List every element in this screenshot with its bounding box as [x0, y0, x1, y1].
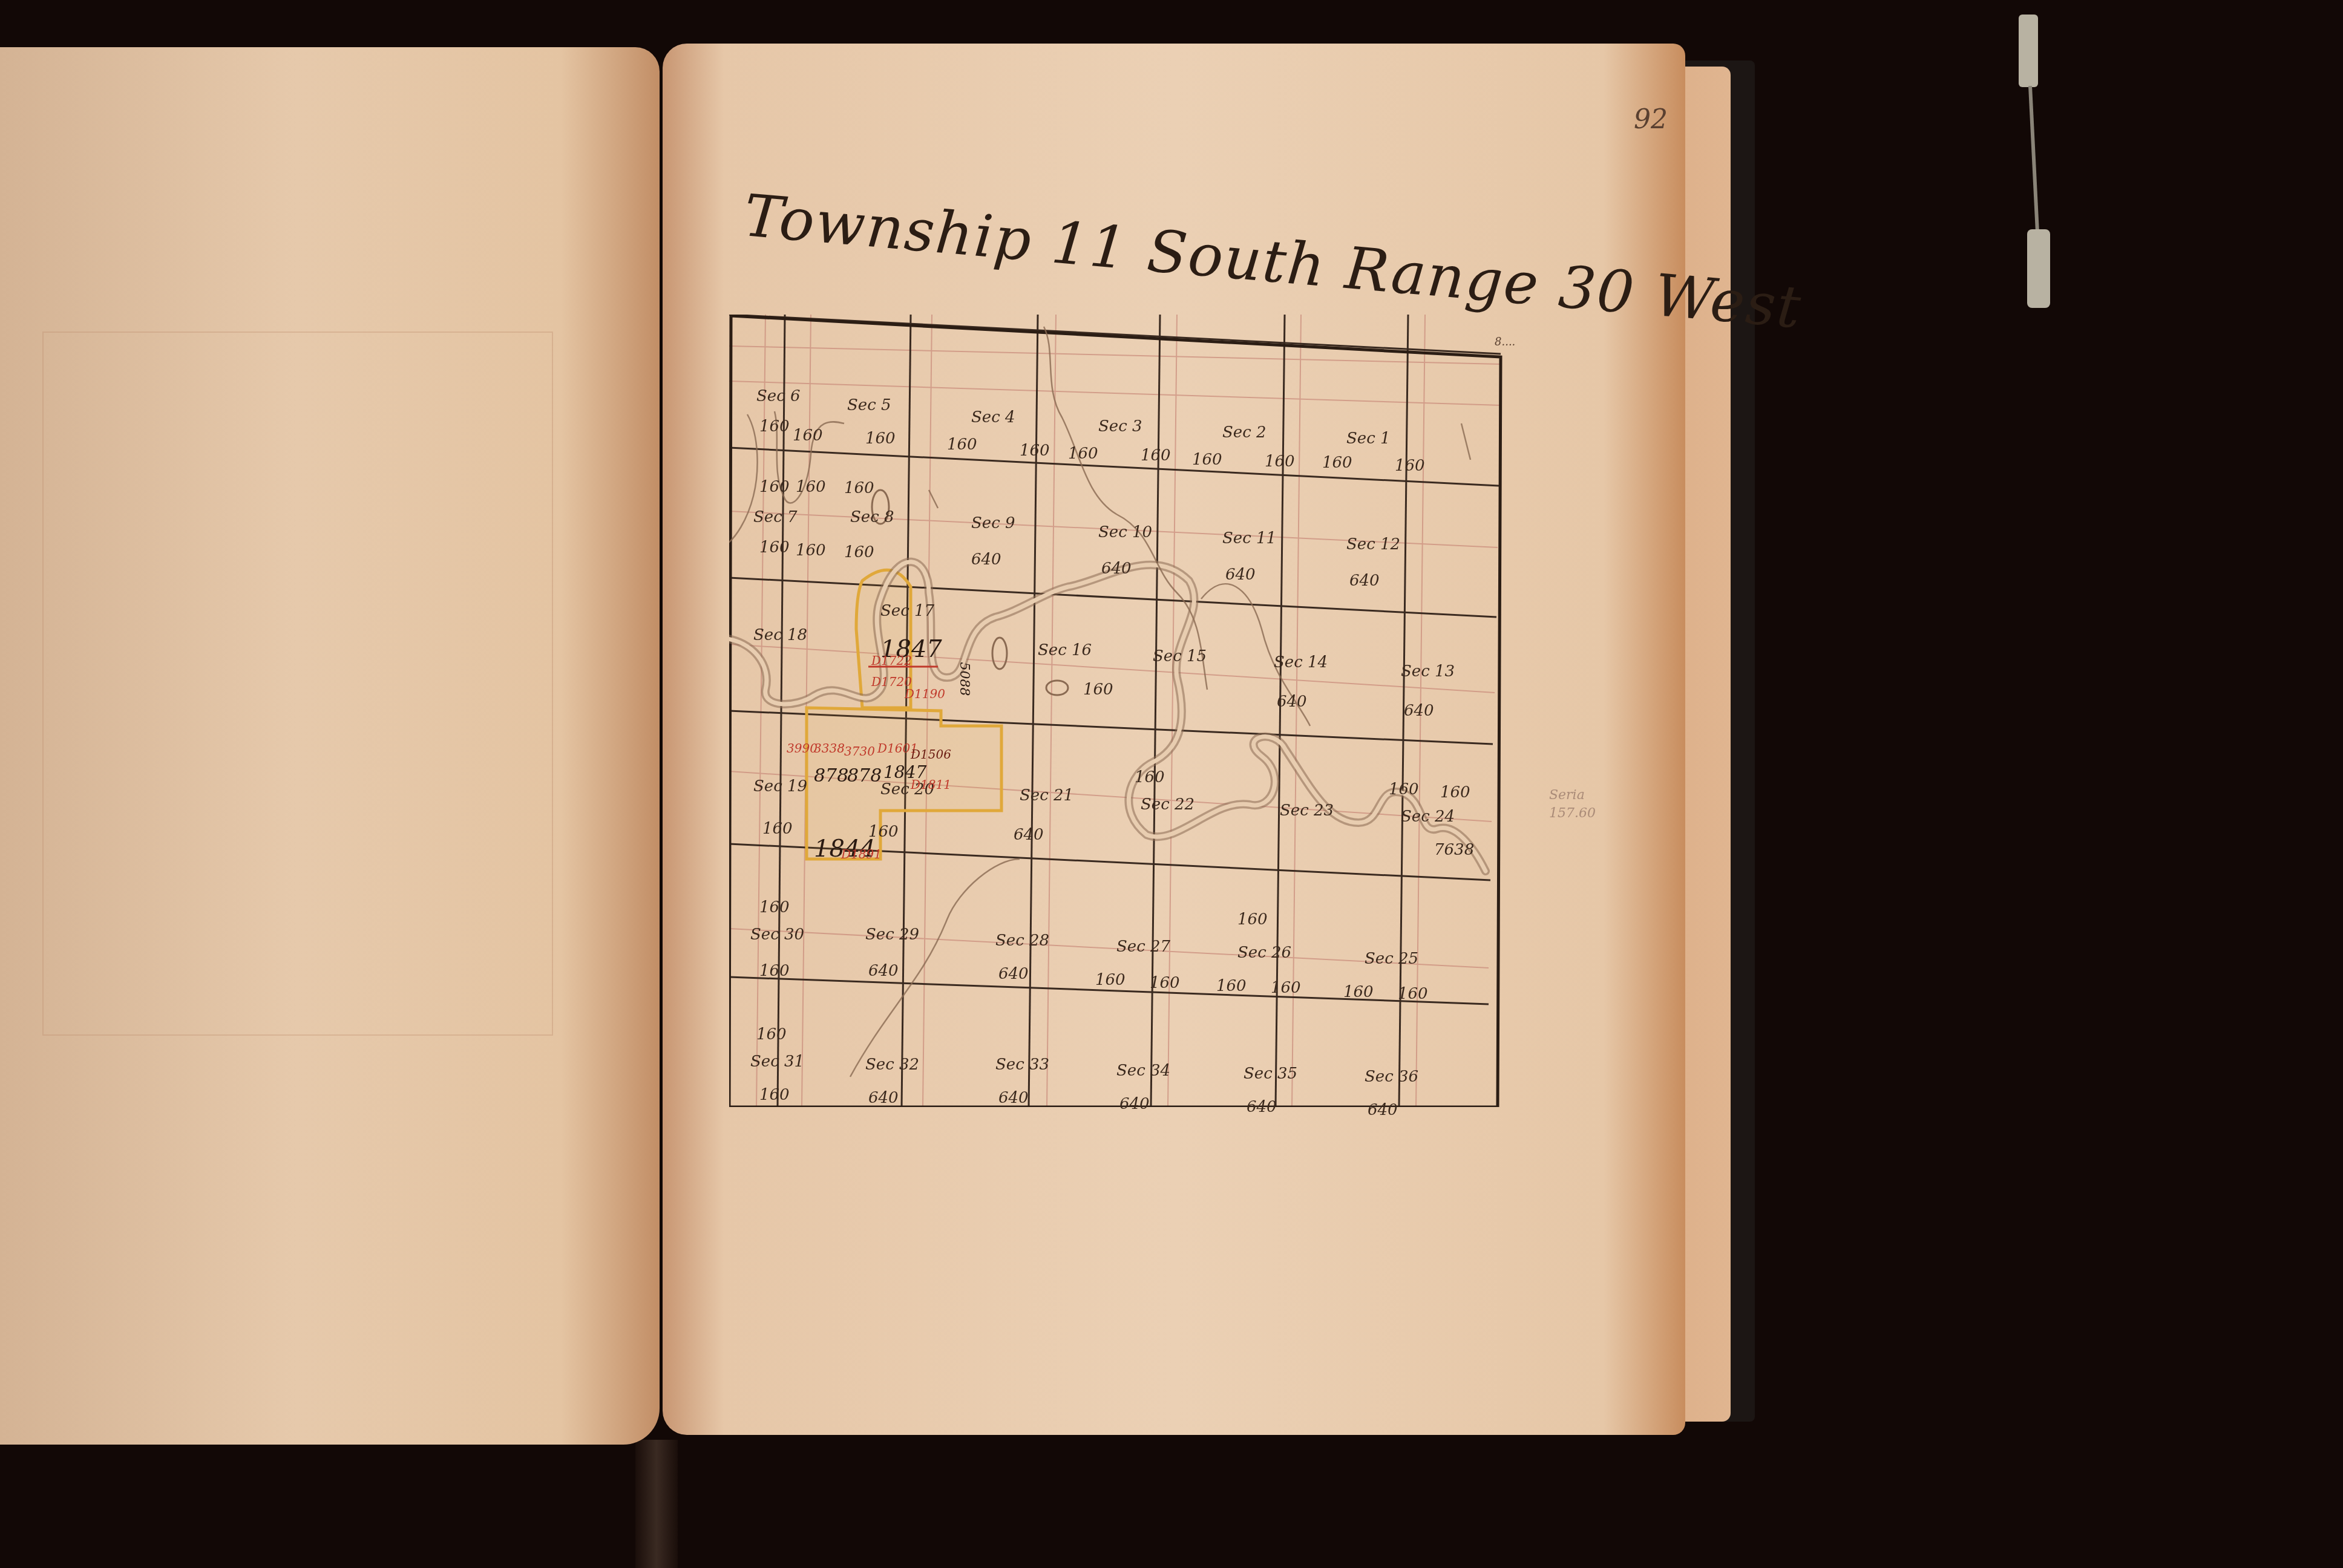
acreage: 640 — [868, 1089, 899, 1107]
section-number: Sec 27 — [1116, 938, 1170, 956]
red-entry-d1722: D1722 — [871, 653, 912, 668]
book-spine — [635, 1440, 678, 1568]
section-number: Sec 15 — [1153, 647, 1207, 665]
river-label-5088: 5088 — [957, 662, 972, 696]
section-number: Sec 2 — [1222, 423, 1267, 442]
section-number: Sec 13 — [1401, 662, 1455, 681]
acreage: 640 — [971, 550, 1001, 569]
section-number: Sec 26 — [1237, 944, 1291, 962]
acreage: 160 — [759, 898, 790, 916]
acreage: 7638 — [1434, 841, 1474, 859]
acreage: 160 — [1271, 979, 1301, 997]
acreage: 160 — [1020, 442, 1050, 460]
red-entry-3990: 3990 — [787, 741, 818, 756]
pencil-note-line-2: 157.60 — [1549, 805, 1596, 823]
section-number: Sec 6 — [756, 387, 801, 405]
bleed-through-frame — [42, 332, 553, 1036]
red-entry-d1811: D1811 — [911, 777, 951, 792]
acreage: 160 — [759, 1086, 790, 1104]
acreage: 160 — [1068, 445, 1098, 463]
acreage: 160 — [1440, 783, 1470, 802]
acreage: 640 — [1247, 1098, 1277, 1116]
acreage: 160 — [1395, 457, 1425, 475]
acreage: 640 — [998, 1089, 1029, 1107]
section-number: Sec 17 — [880, 602, 934, 620]
red-entry-d1506: D1506 — [911, 747, 951, 762]
section-number: Sec 21 — [1020, 786, 1073, 805]
acreage: 160 — [759, 538, 790, 557]
section-number: Sec 16 — [1038, 641, 1092, 659]
acreage: 160 — [759, 478, 790, 496]
section-number: Sec 36 — [1365, 1068, 1418, 1086]
acreage: 640 — [868, 962, 899, 980]
acreage: 160 — [1095, 971, 1126, 989]
acreage: 160 — [1322, 454, 1352, 472]
acreage: 160 — [1237, 910, 1268, 929]
acreage: 160 — [1265, 452, 1295, 471]
red-entry-3338: 3338 — [814, 741, 845, 756]
acreage: 160 — [1192, 451, 1222, 469]
acreage: 160 — [762, 820, 793, 838]
section-number: Sec 25 — [1365, 950, 1418, 968]
acreage: 160 — [1398, 985, 1428, 1003]
left-page — [0, 47, 660, 1445]
acreage: 160 — [865, 430, 896, 448]
acreage: 160 — [947, 436, 977, 454]
acreage: 640 — [998, 965, 1029, 983]
section-number: Sec 4 — [971, 408, 1015, 426]
acreage: 160 — [759, 962, 790, 980]
acreage: 160 — [796, 478, 826, 496]
red-entry-d1891: D1891 — [841, 847, 882, 861]
spatula-tool — [2014, 8, 2050, 486]
section-number: Sec 11 — [1222, 529, 1276, 547]
acreage: 160 — [1216, 977, 1247, 995]
acreage: 640 — [1277, 693, 1307, 711]
section-number: Sec 23 — [1280, 802, 1334, 820]
section-number: Sec 35 — [1244, 1065, 1297, 1083]
acreage: 640 — [1368, 1101, 1398, 1119]
section-number: Sec 34 — [1116, 1062, 1170, 1080]
section-number: Sec 18 — [753, 626, 807, 644]
township-plat-map: Sec 6 160 Sec 5 160 160 Sec 4 160 160 Se… — [729, 315, 1504, 1107]
acreage: 640 — [1119, 1095, 1150, 1113]
acreage: 160 — [756, 1025, 787, 1044]
acreage: 160 — [844, 543, 874, 561]
parcel-878-a: 878 — [814, 765, 848, 786]
section-number: Sec 5 — [847, 396, 891, 414]
red-entry-3730: 3730 — [844, 744, 875, 759]
section-number: Sec 29 — [865, 926, 919, 944]
section-number: Sec 1 — [1346, 430, 1391, 448]
section-number: Sec 12 — [1346, 535, 1400, 554]
section-number: Sec 32 — [865, 1056, 919, 1074]
pencil-margin-note: Seria 157.60 — [1549, 786, 1596, 823]
acreage: 160 — [1150, 974, 1180, 992]
red-entry-d1190: D1190 — [905, 687, 945, 701]
section-number: Sec 10 — [1098, 523, 1152, 541]
acreage: 160 — [1389, 780, 1419, 799]
acreage: 640 — [1404, 702, 1434, 720]
acreage: 640 — [1225, 566, 1256, 584]
section-number: Sec 22 — [1141, 795, 1194, 814]
acreage: 160 — [793, 426, 823, 445]
section-number: Sec 3 — [1098, 417, 1142, 436]
section-number: Sec 24 — [1401, 808, 1455, 826]
page-number: 92 — [1634, 104, 1668, 135]
section-number: Sec 9 — [971, 514, 1015, 532]
pencil-note-line-1: Seria — [1549, 786, 1596, 805]
section-number: Sec 7 — [753, 508, 798, 526]
acreage: 160 — [1083, 681, 1113, 699]
acreage: 160 — [796, 541, 826, 560]
corner-note: 8.... — [1495, 336, 1515, 348]
section-number: Sec 30 — [750, 926, 804, 944]
acreage: 160 — [759, 417, 790, 436]
acreage: 640 — [1349, 572, 1380, 590]
acreage: 160 — [844, 479, 874, 497]
acreage: 160 — [1135, 768, 1165, 786]
acreage: 640 — [1101, 560, 1132, 578]
section-number: Sec 31 — [750, 1053, 804, 1071]
acreage: 160 — [1141, 446, 1171, 465]
acreage: 640 — [1014, 826, 1044, 844]
section-number: Sec 33 — [995, 1056, 1049, 1074]
section-number: Sec 19 — [753, 777, 807, 795]
section-number: Sec 8 — [850, 508, 894, 526]
section-number: Sec 28 — [995, 932, 1049, 950]
parcel-878-b: 878 — [847, 765, 882, 786]
section-number: Sec 14 — [1274, 653, 1328, 671]
acreage: 160 — [1343, 983, 1374, 1001]
